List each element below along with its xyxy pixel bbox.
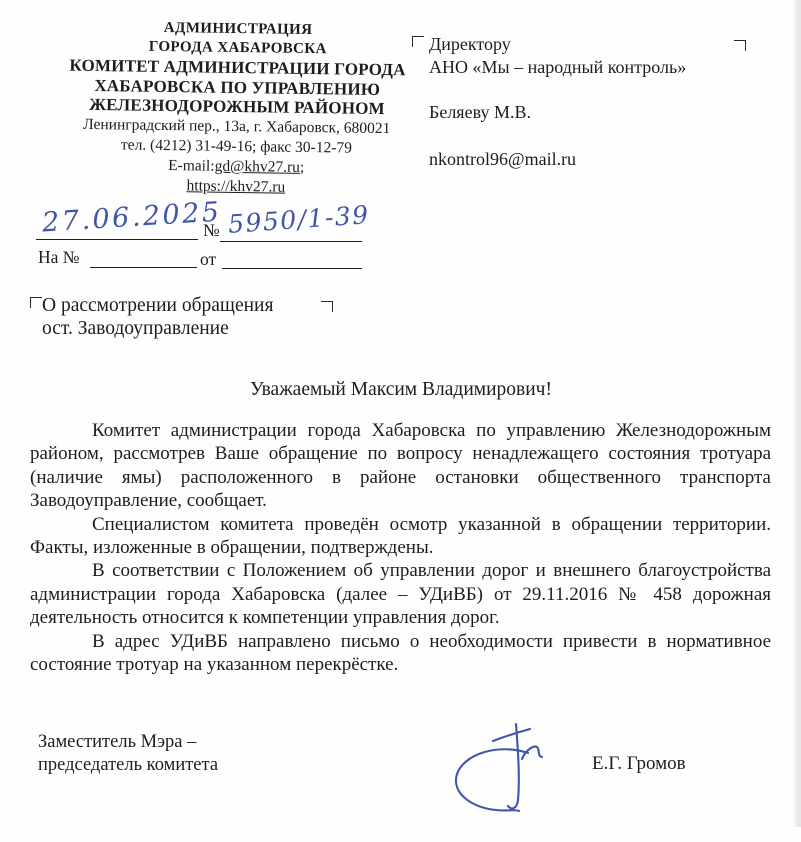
letter-body: Комитет администрации города Хабаровска … [30, 419, 771, 676]
reply-from-label: от [200, 249, 216, 270]
addressee-organization: АНО «Мы – народный контроль» [429, 56, 749, 79]
signature-scribble [438, 710, 598, 820]
body-paragraph: В адрес УДиВБ направлено письмо о необхо… [30, 630, 771, 677]
addressee-position: Директору [429, 33, 749, 56]
number-sign-label: № [203, 220, 220, 241]
handwritten-outgoing-number: 5950/1-39 [227, 200, 370, 239]
letter-page: АДМИНИСТРАЦИЯ ГОРОДА ХАБАРОВСКА КОМИТЕТ … [0, 0, 801, 842]
body-paragraph: Специалистом комитета проведён осмотр ук… [30, 513, 771, 560]
email-label: E-mail: [168, 157, 215, 175]
corner-mark-icon [30, 297, 42, 308]
body-paragraph: Комитет администрации города Хабаровска … [30, 419, 771, 513]
scan-edge-artifact [792, 0, 801, 827]
reply-number-blank-line [90, 267, 197, 268]
handwritten-date: 27.06.2025 [41, 197, 222, 239]
subject-line2: ост. Заводоуправление [42, 317, 342, 340]
subject-block: О рассмотрении обращения ост. Заводоупра… [42, 294, 342, 340]
addressee-person: Беляеву М.В. [429, 101, 749, 124]
date-blank-line [36, 239, 198, 240]
body-paragraph: В соответствии с Положением об управлени… [30, 559, 771, 629]
reply-date-blank-line [222, 268, 362, 269]
signatory-post-line2: председатель комитета [38, 754, 218, 777]
website-line: https://khv27.ru [47, 174, 425, 199]
email-separator: ; [300, 158, 305, 175]
addressee-block: Директору АНО «Мы – народный контроль» Б… [429, 33, 749, 171]
website-url: https://khv27.ru [186, 177, 285, 195]
signatory-post: Заместитель Мэра – председатель комитета [38, 731, 218, 776]
salutation: Уважаемый Максим Владимирович! [30, 379, 772, 401]
signatory-name: Е.Г. Громов [592, 753, 686, 775]
reply-to-number-label: На № [38, 247, 79, 268]
email-address: gd@khv27.ru [215, 157, 301, 175]
signatory-post-line1: Заместитель Мэра – [38, 731, 218, 754]
letterhead: АДМИНИСТРАЦИЯ ГОРОДА ХАБАРОВСКА КОМИТЕТ … [47, 17, 427, 199]
number-blank-line [220, 241, 362, 242]
corner-mark-icon [412, 36, 424, 47]
addressee-email: nkontrol96@mail.ru [429, 148, 749, 171]
subject-line1: О рассмотрении обращения [42, 294, 342, 317]
